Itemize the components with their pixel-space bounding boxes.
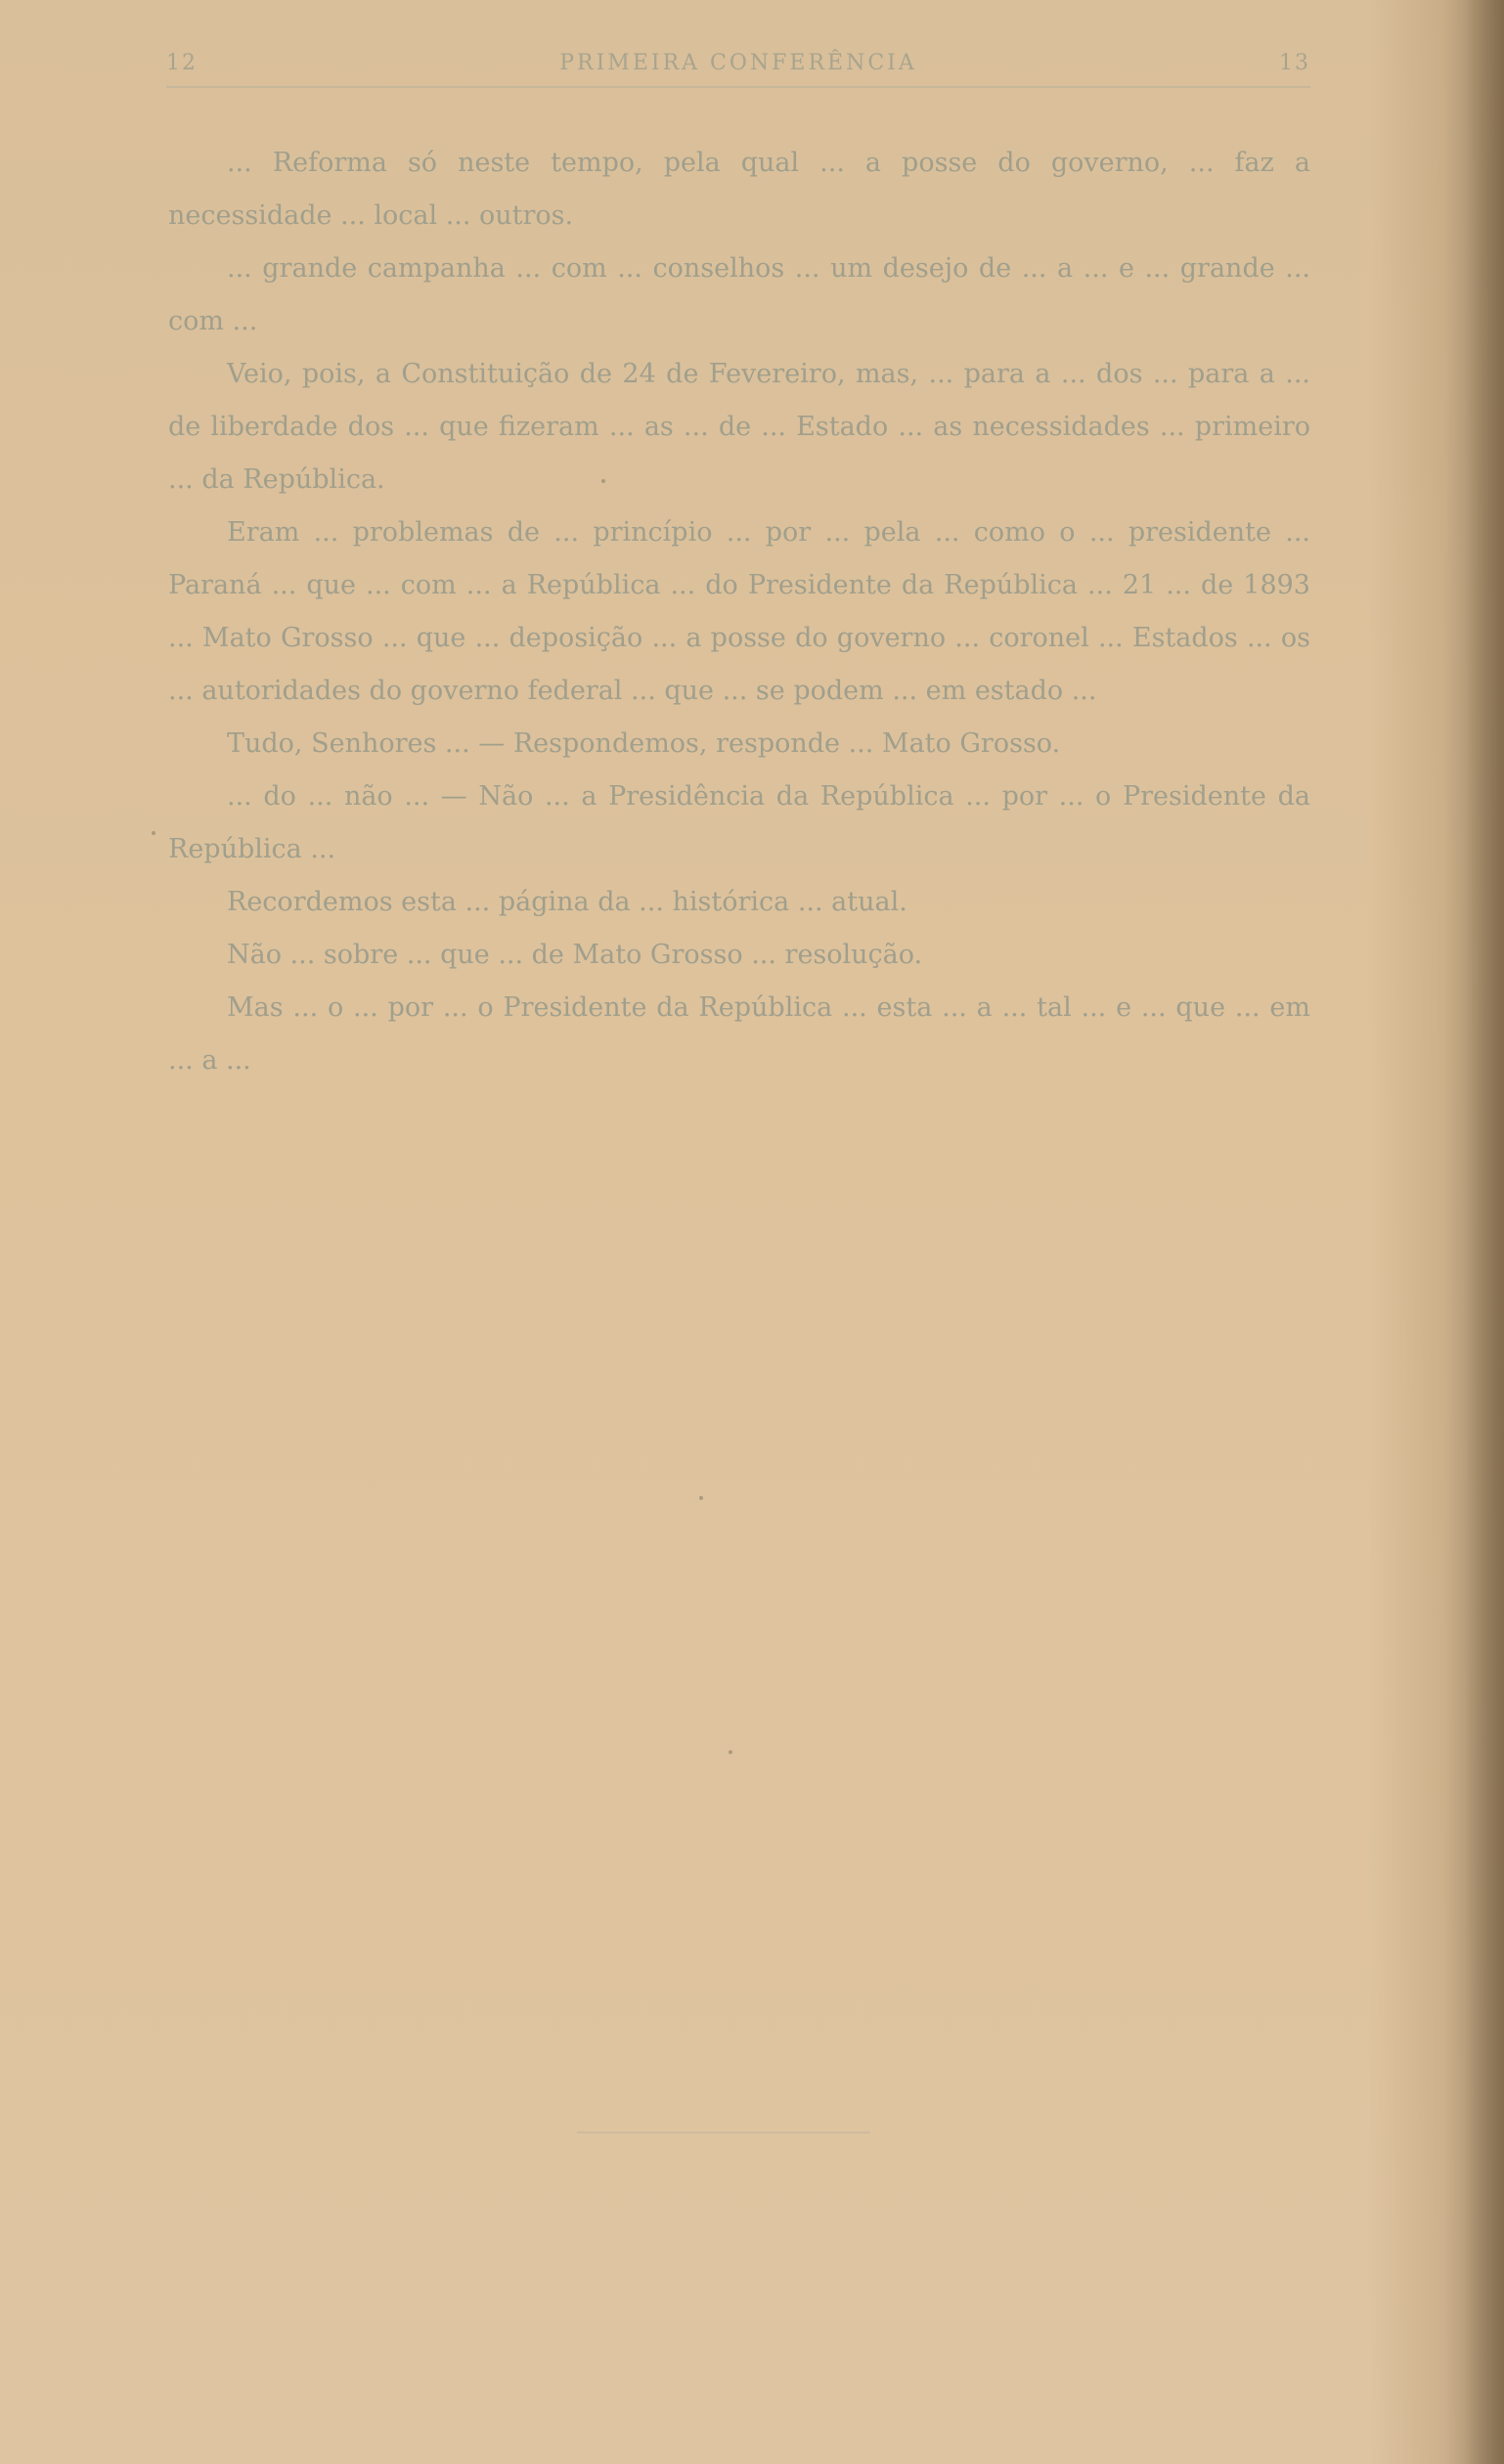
paragraph: ... Reforma só neste tempo, pela qual ..…: [168, 137, 1310, 242]
paragraph: Não ... sobre ... que ... de Mato Grosso…: [168, 929, 1310, 982]
header-rule: [166, 86, 1310, 88]
header-title: PRIMEIRA CONFERÊNCIA: [198, 51, 1279, 75]
paper-speck: [729, 1750, 732, 1754]
paragraph: Recordemos esta ... página da ... histór…: [168, 876, 1310, 929]
paper-speck: [601, 479, 605, 483]
paper-speck: [152, 831, 155, 835]
paragraph: ... do ... não ... — Não ... a Presidênc…: [168, 770, 1310, 876]
running-header: 12 PRIMEIRA CONFERÊNCIA 13: [166, 51, 1310, 75]
paragraph: Mas ... o ... por ... o Presidente da Re…: [168, 982, 1310, 1087]
paragraph: ... grande campanha ... com ... conselho…: [168, 242, 1310, 348]
paper-speck: [699, 1496, 703, 1500]
page-number-left: 12: [166, 51, 198, 75]
paragraph: Tudo, Senhores ... — Respondemos, respon…: [168, 718, 1310, 770]
scanned-page: 12 PRIMEIRA CONFERÊNCIA 13 ... Reforma s…: [0, 0, 1504, 2464]
binding-edge-shadow: [1465, 0, 1504, 2464]
paragraph: Eram ... problemas de ... princípio ... …: [168, 506, 1310, 718]
body-text: ... Reforma só neste tempo, pela qual ..…: [168, 137, 1310, 1087]
footer-separator: [577, 2132, 870, 2134]
page-number-right: 13: [1279, 51, 1310, 75]
paragraph: Veio, pois, a Constituição de 24 de Feve…: [168, 348, 1310, 506]
